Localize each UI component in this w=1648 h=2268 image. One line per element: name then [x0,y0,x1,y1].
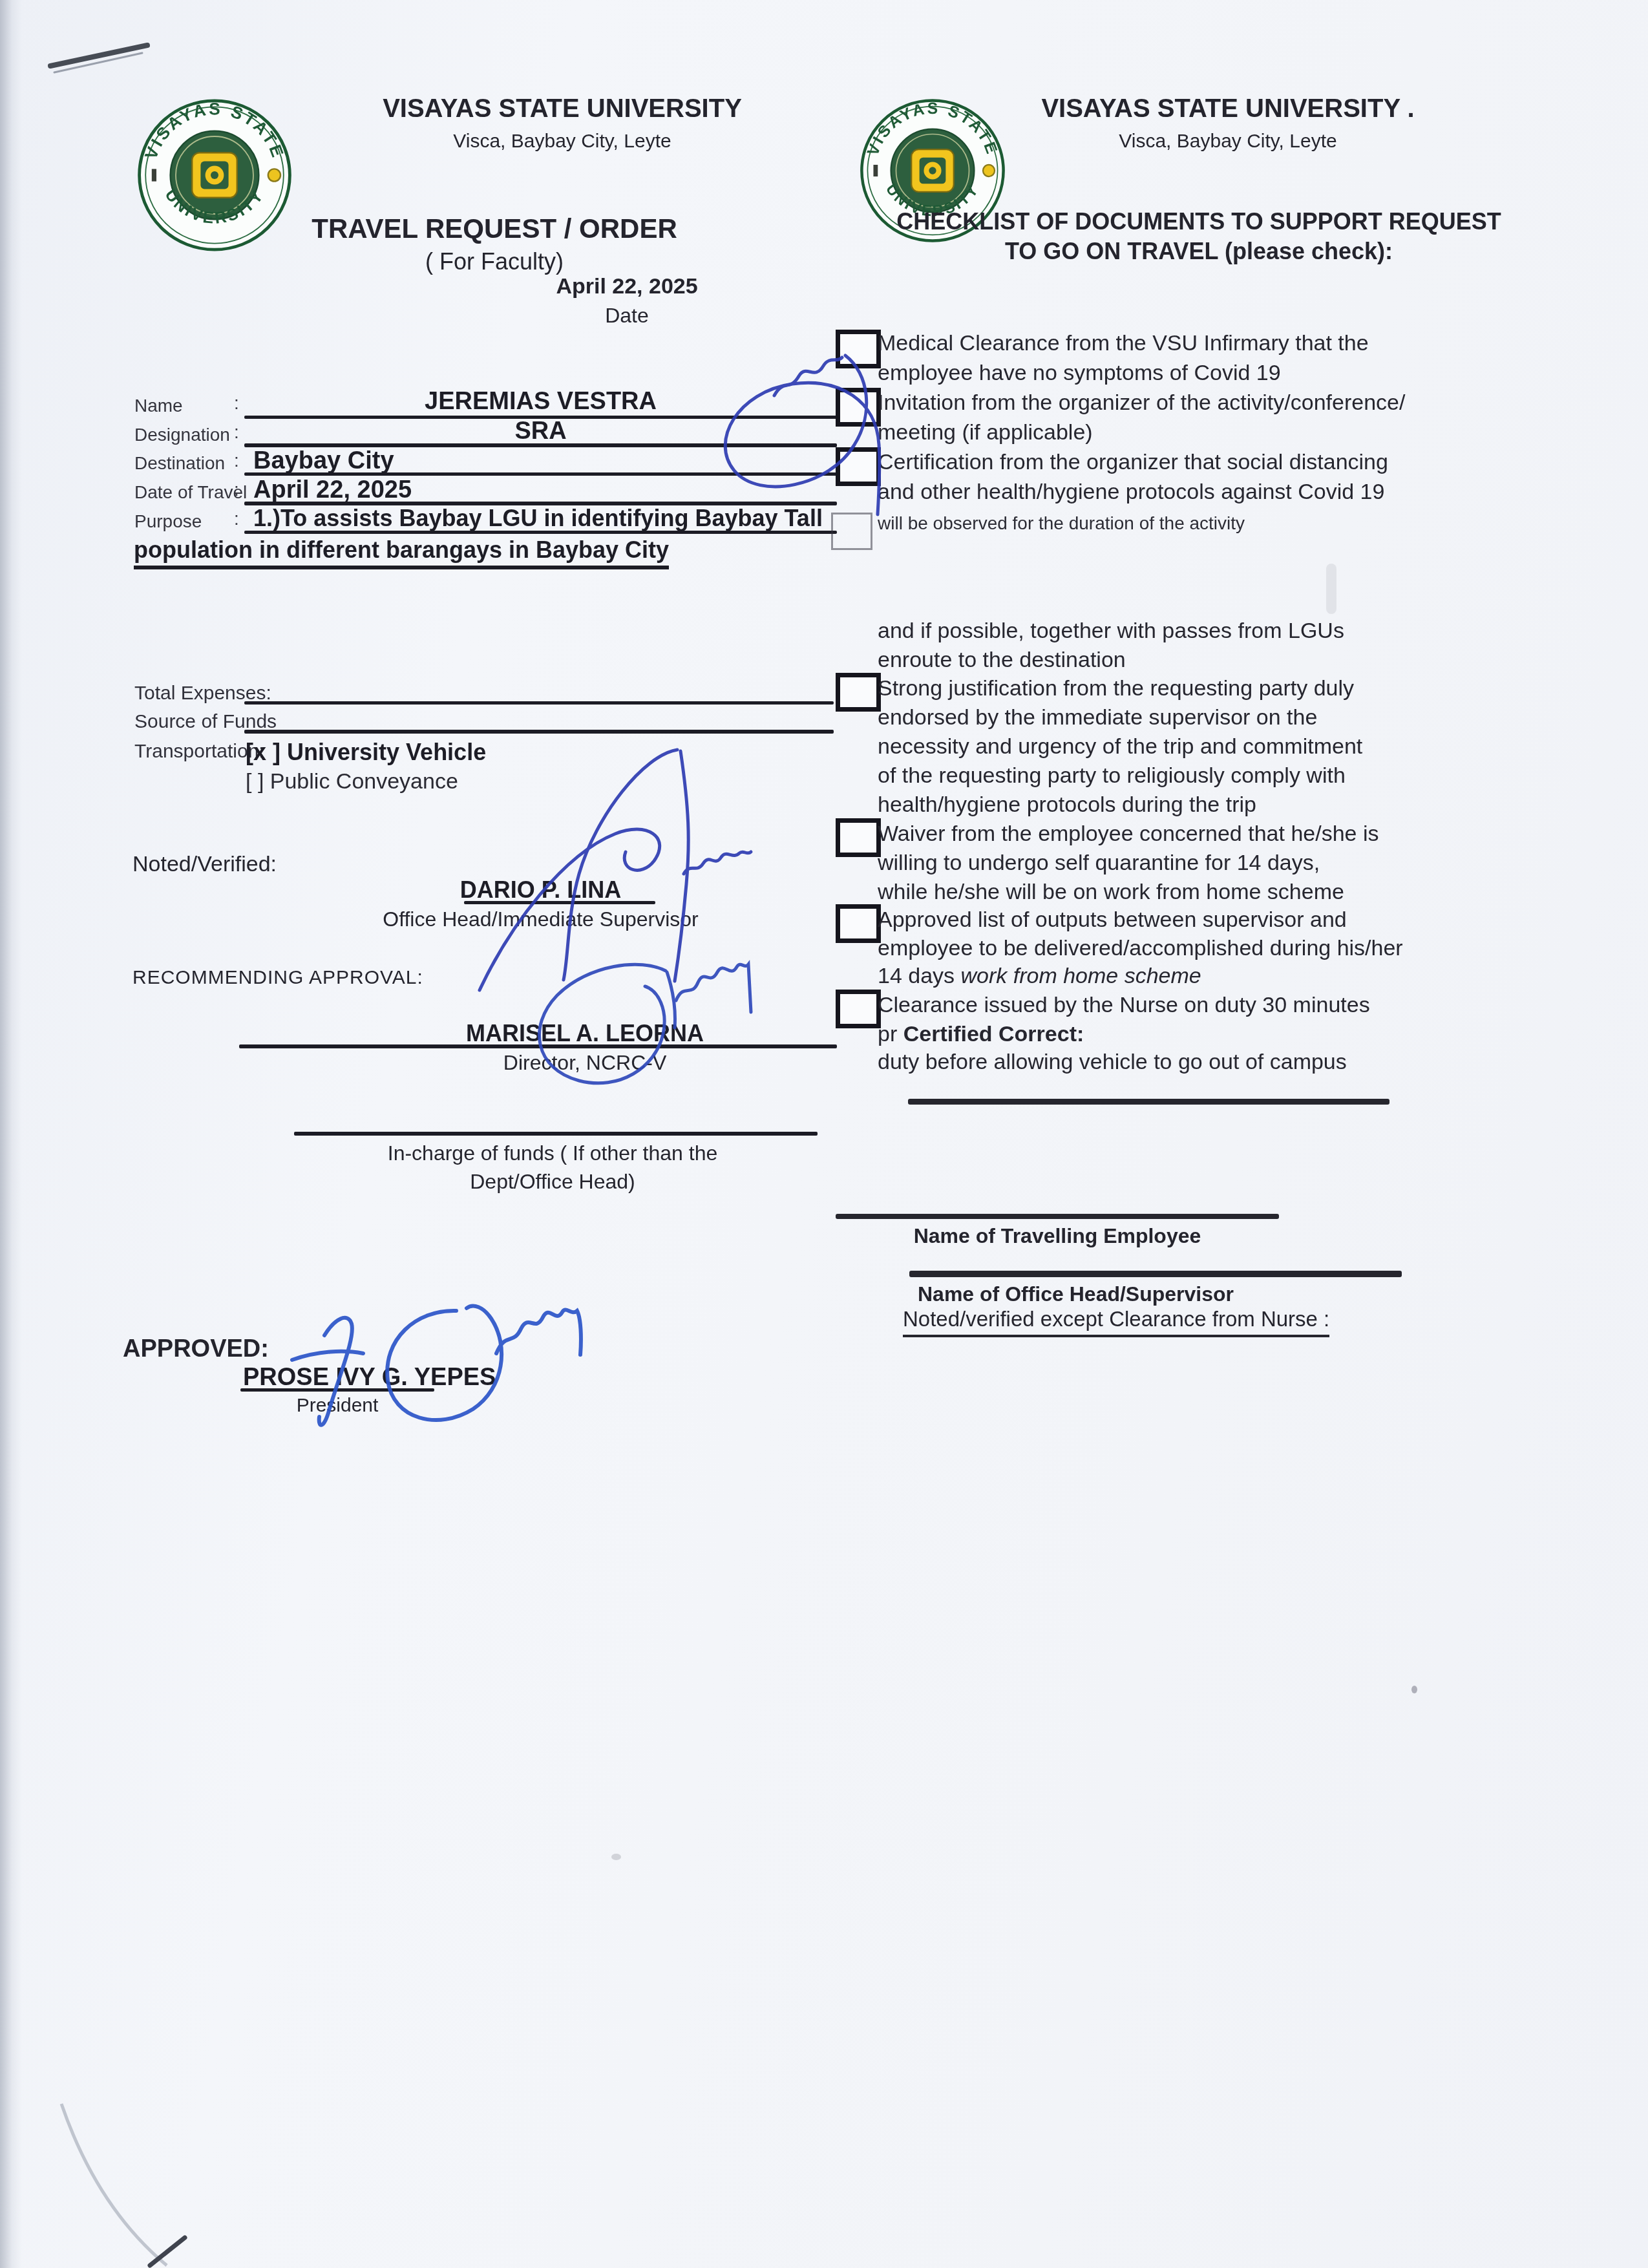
checkbox-approved-outputs[interactable] [836,904,881,943]
checklist-line: Medical Clearance from the VSU Infirmary… [878,331,1369,356]
noted-except-note: Noted/verified except Clearance from Nur… [903,1307,1329,1337]
seal-sun-icon [268,169,280,181]
approved-name: PROSE IVY G. YEPES [243,1364,496,1392]
checklist-line: duty before allowing vehicle to go out o… [878,1050,1347,1075]
form-title: TRAVEL REQUEST / ORDER [233,213,756,244]
checklist-heading-line2: TO GO ON TRAVEL (please check): [847,238,1551,265]
incharge-caption-line2: Dept/Office Head) [246,1170,860,1194]
field-value-purpose: 1.)To assists Baybay LGU in identifying … [253,505,823,532]
checklist-line-normal-part: pr [878,1022,903,1046]
field-label-name: Name [134,396,183,416]
left-university-address: Visca, Baybay City, Leyte [291,131,834,153]
colon: : [234,393,239,414]
travelling-employee-line [836,1214,1279,1219]
checklist-line: Invitation from the organizer of the act… [878,390,1405,416]
recommending-approval-label: RECOMMENDING APPROVAL: [132,967,423,989]
seal-torch-icon [152,169,156,181]
field-line-destination [244,472,837,476]
incharge-line [294,1132,818,1136]
transport-option-public-conveyance[interactable]: [ ] Public Conveyance [246,769,458,794]
recommending-name: MARISEL A. LEORNA [278,1020,892,1047]
source-of-funds-line [244,730,834,734]
scan-artifacts [0,0,1648,2268]
recommending-name-underline [239,1044,837,1048]
checklist-line-normal-part: 14 days [878,964,961,988]
checkbox-strong-justification[interactable] [836,673,881,712]
approved-name-underline [240,1388,434,1392]
checklist-line: Waiver from the employee concerned that … [878,821,1379,847]
checklist-line: meeting (if applicable) [878,420,1093,445]
field-value-name: JEREMIAS VESTRA [244,388,837,416]
left-university-name: VISAYAS STATE UNIVERSITY [291,94,834,123]
noted-title: Office Head/Immediate Supervisor [244,907,837,931]
right-university-address: Visca, Baybay City, Leyte [1008,131,1448,153]
transportation-label: Transportation: [134,741,264,763]
recommending-title: Director, NCRC-V [278,1051,892,1075]
page-corner-curl [61,2104,167,2265]
field-label-purpose: Purpose [134,511,202,532]
office-head-line [909,1271,1402,1277]
checklist-line: Strong justification from the requesting… [878,676,1354,701]
form-date-value: April 22, 2025 [478,274,776,299]
field-value-destination: Baybay City [253,447,394,475]
checklist-line: employee to be delivered/accomplished du… [878,936,1403,961]
checklist-line: employee have no symptoms of Covid 19 [878,361,1281,386]
field-line-purpose [244,531,837,534]
field-label-date-of-travel: Date of Travel [134,482,247,503]
form-subtitle: ( For Faculty) [233,248,756,275]
scanned-travel-request-form: VISAYAS STATE UNIVERSITY VISAYAS STATE U… [0,0,1648,2268]
checklist-line: of the requesting party to religiously c… [878,763,1346,789]
approved-label: APPROVED: [123,1335,269,1363]
checklist-line: Certification from the organizer that so… [878,450,1388,475]
colon: : [234,480,239,500]
office-head-label: Name of Office Head/Supervisor [918,1282,1234,1306]
checklist-heading-line1: CHECKLIST OF DOCUMENTS TO SUPPORT REQUES… [847,208,1551,235]
field-value-date-of-travel: April 22, 2025 [253,476,412,504]
checkbox-waiver[interactable] [836,818,881,857]
checklist-line: willing to undergo self quarantine for 1… [878,851,1320,876]
travelling-employee-label: Name of Travelling Employee [836,1224,1279,1248]
checklist-line: endorsed by the immediate supervisor on … [878,705,1317,730]
right-university-name: VISAYAS STATE UNIVERSITY . [1008,94,1448,123]
checklist-line: Clearance issued by the Nurse on duty 30… [878,993,1370,1018]
dust-speck [611,1854,621,1860]
purpose-continuation: population in different barangays in Bay… [134,536,669,569]
checkbox-nurse-clearance[interactable] [836,990,881,1028]
checklist-line: pr Certified Correct: [878,1022,1084,1047]
field-value-designation: SRA [244,418,837,445]
checklist-line-bold-part: Certified Correct: [903,1022,1084,1046]
noted-name: DARIO P. LINA [244,876,837,904]
seal-sun-icon [983,165,995,176]
checkbox-certification[interactable] [836,447,881,486]
checklist-line: and other health/hygiene protocols again… [878,480,1384,505]
pen-mark-bottom [150,2238,185,2265]
colon: : [234,509,239,529]
colon: : [234,422,239,443]
checklist-line: enroute to the destination [878,648,1126,673]
total-expenses-line [244,701,834,705]
checkbox-medical-clearance[interactable] [836,330,881,368]
checklist-line: Approved list of outputs between supervi… [878,907,1347,933]
noted-name-underline [464,901,655,904]
noted-verified-label: Noted/Verified: [132,852,277,877]
checkbox-faint-partial [831,513,872,550]
checkbox-invitation[interactable] [836,388,881,427]
checklist-line: 14 days work from home scheme [878,964,1201,989]
certified-correct-line [908,1099,1389,1105]
incharge-caption-line1: In-charge of funds ( If other than the [246,1141,860,1165]
checklist-line: necessity and urgency of the trip and co… [878,734,1362,759]
colon: : [234,450,239,471]
checklist-line-italic-part: work from home scheme [961,964,1201,988]
approved-title: President [240,1395,434,1417]
checklist-line: and if possible, together with passes fr… [878,619,1344,644]
seal-torch-icon [873,165,878,176]
transport-option-university-vehicle[interactable]: [x ] University Vehicle [246,739,486,766]
checklist-line-small: will be observed for the duration of the… [878,513,1245,534]
form-date-label: Date [478,304,776,328]
checklist-line: health/hygiene protocols during the trip [878,792,1256,818]
field-label-designation: Designation [134,425,230,445]
dust-speck [1411,1686,1417,1693]
checklist-line: while he/she will be on work from home s… [878,880,1344,905]
field-label-destination: Destination [134,453,225,474]
dust-speck [1326,564,1336,614]
